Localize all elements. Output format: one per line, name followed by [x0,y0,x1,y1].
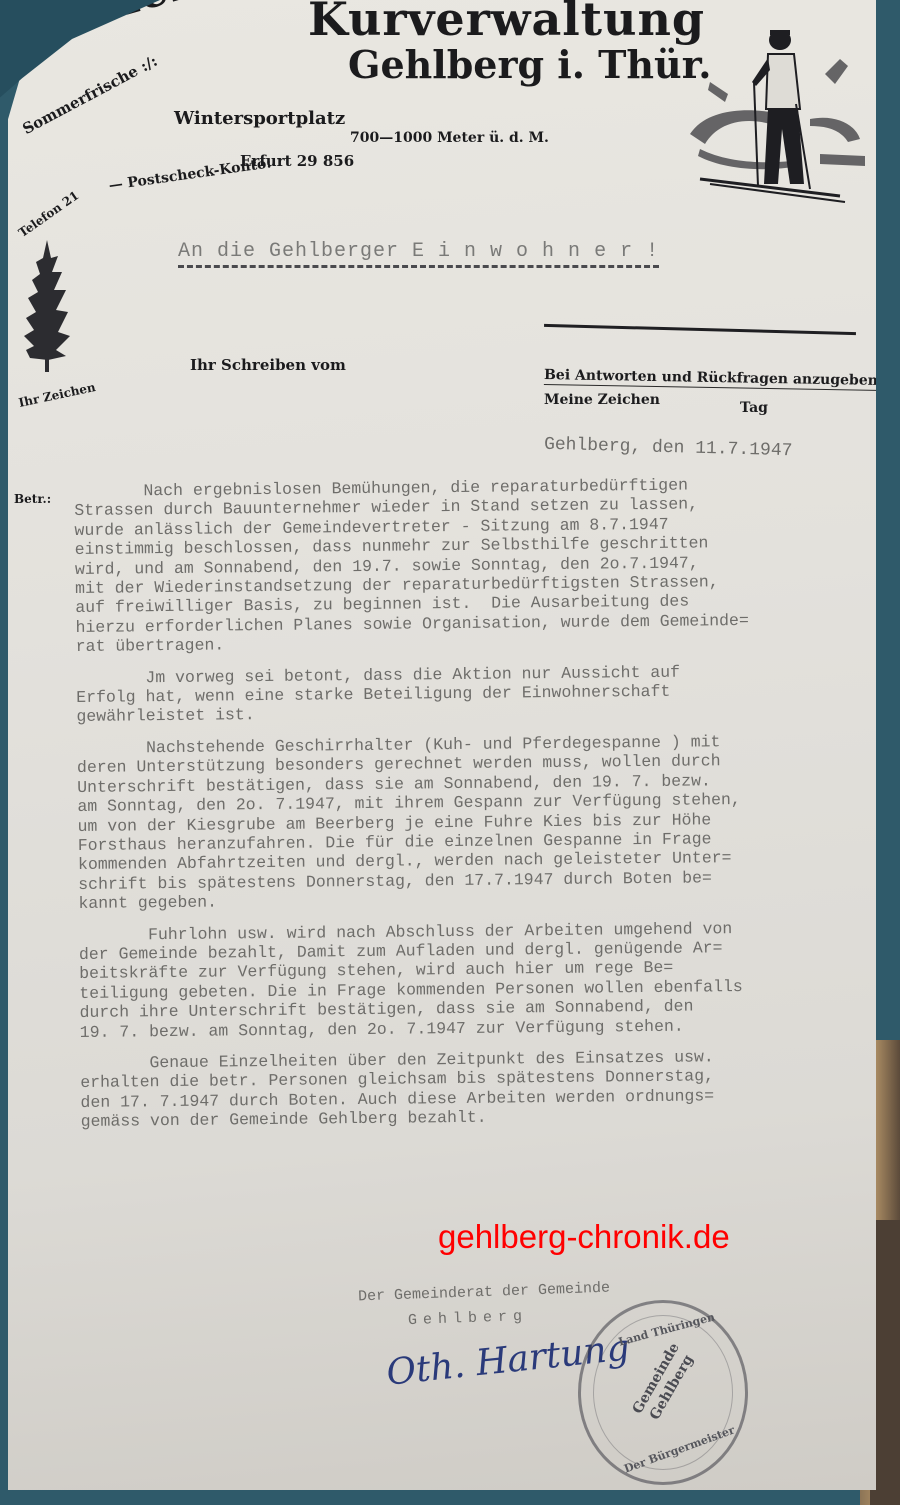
skier-icon [670,14,870,204]
date-line: Gehlberg, den 11.7.1947 [544,435,793,461]
addressee-line: An die Gehlberger E i n w o h n e r ! [178,240,659,268]
official-stamp: Land Thüringen Gemeinde Gehlberg Der Bür… [578,1300,748,1485]
ihr-schreiben-label: Ihr Schreiben vom [190,356,346,374]
telefon-label: Telefon 21 [16,188,81,240]
tag-label: Tag [740,400,768,416]
reference-instructions: Bei Antworten und Rückfragen anzugeben: [544,367,883,391]
closing-line-1: Der Gemeinderat der Gemeinde [358,1280,610,1306]
body-paragraph: Nachstehende Geschirrhalter (Kuh- und Pf… [77,730,899,913]
body-paragraph: Nach ergebnislosen Bemühungen, die repar… [74,473,896,656]
body-paragraph: Genaue Einzelheiten über den Zeitpunkt d… [80,1045,900,1131]
altitude-label: 700—1000 Meter ü. d. M. [350,130,549,146]
closing-line-2: Gehlberg [408,1308,529,1329]
watermark: gehlberg-chronik.de [438,1218,730,1256]
ihr-zeichen-label: Ihr Zeichen [17,380,96,410]
reference-rule [544,324,856,335]
letterhead-title-line1b: Kurverwaltung [308,0,705,46]
body-paragraph: Jm vorweg sei betont, dass die Aktion nu… [76,660,897,727]
meine-zeichen-label: Meine Zeichen [544,392,660,408]
fir-tree-icon [22,238,72,378]
body-paragraph: Fuhrlohn usw. wird nach Abschluss der Ar… [79,917,900,1042]
sommerfrische-label: Sommerfrische :/: [20,52,161,138]
letterhead-title-line2: Gehlberg i. Thür. [348,42,711,87]
betr-label: Betr.: [14,492,51,506]
erfurt-account: Erfurt 29 856 [240,152,354,170]
letter-body: Nach ergebnislosen Bemühungen, die repar… [74,473,900,1143]
wintersportplatz-label: Wintersportplatz [174,108,345,129]
letter-page: 42 Gemeinde- u. Kurverwaltung Gehlberg i… [8,0,876,1490]
